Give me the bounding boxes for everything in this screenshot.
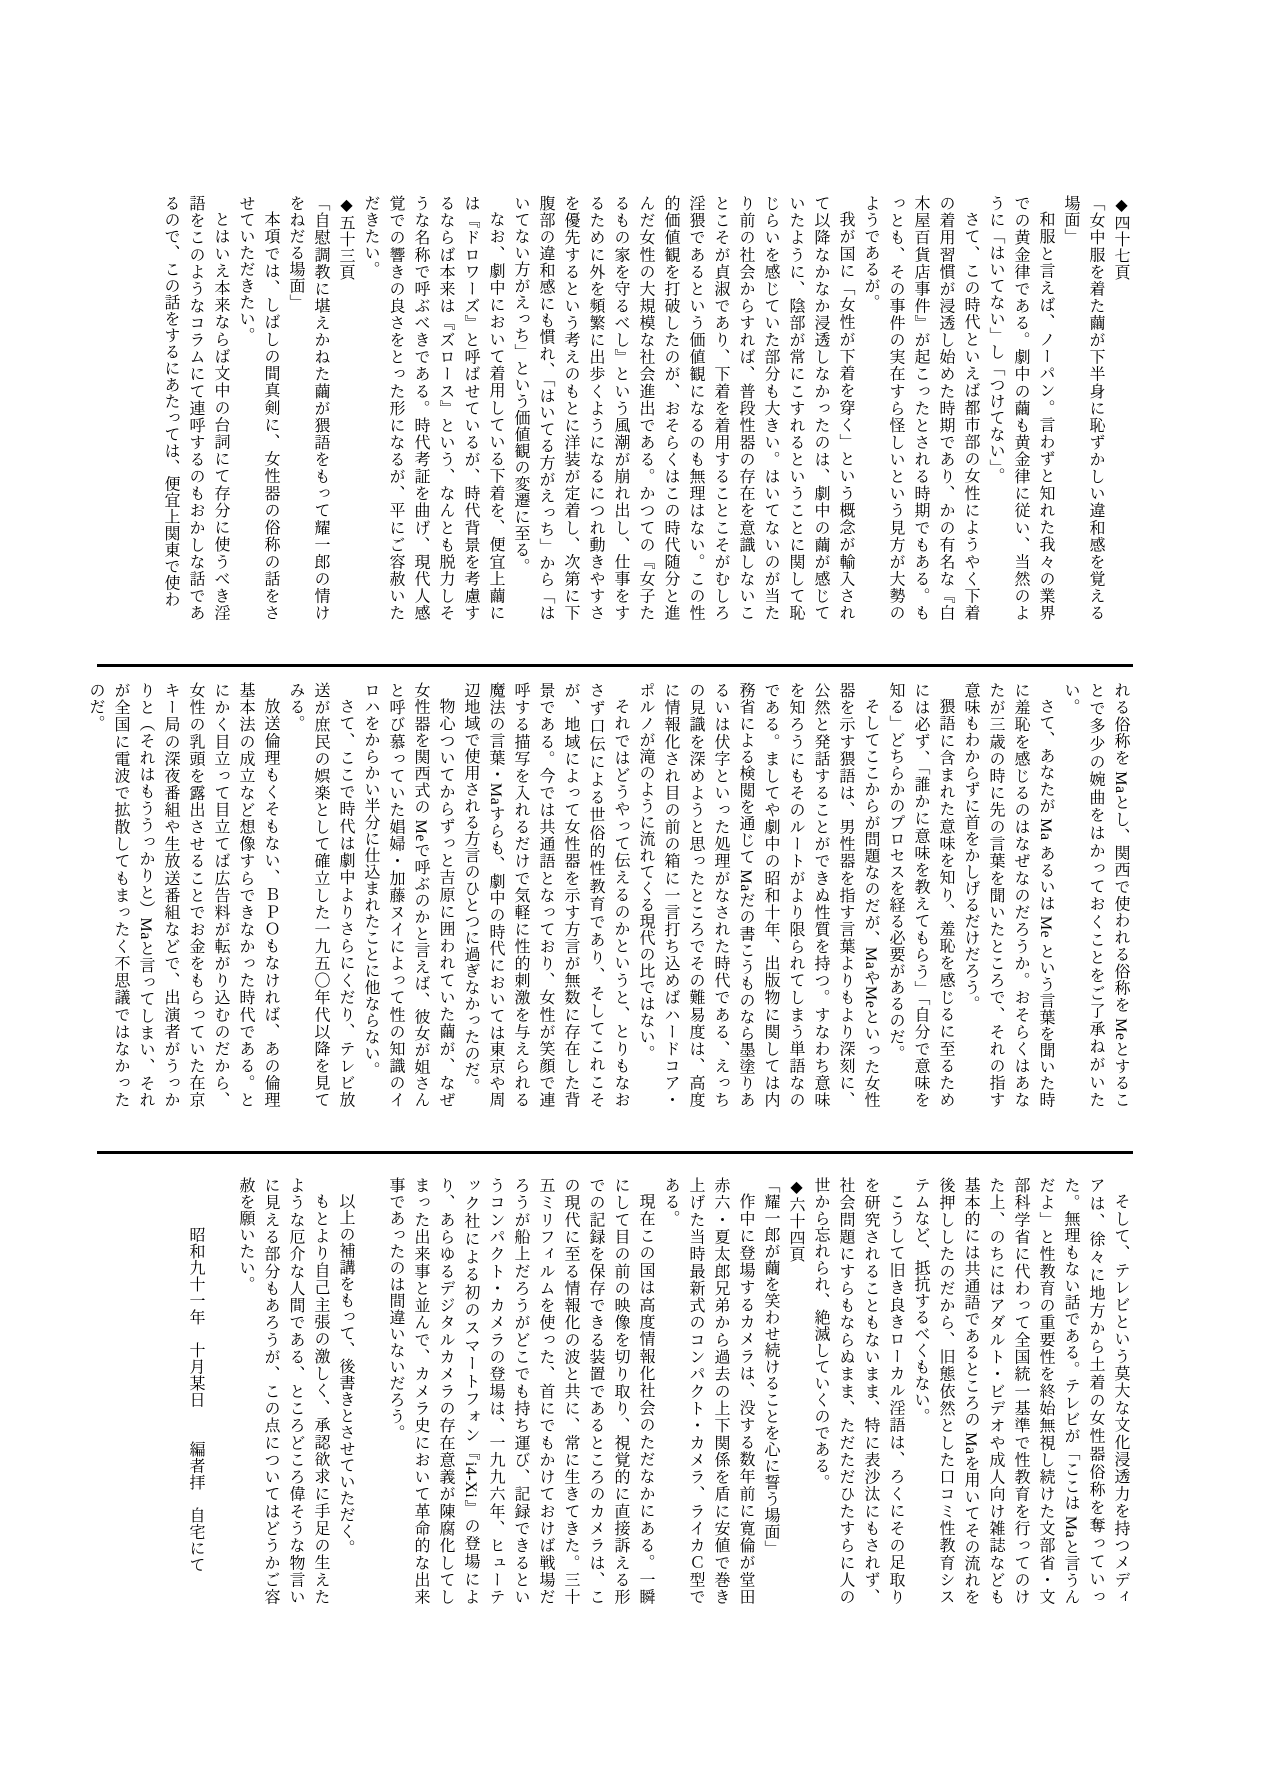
divider-rule [97,1151,1133,1154]
paragraph: さて、あなたが Ma あるいは Me という言葉を聞いた時に羞恥を感じるのはなぜ… [958,682,1058,1108]
paragraph: 現在この国は高度情報化社会のただなかにある。一瞬にして目の前の映像を切り取り、視… [383,1177,658,1605]
section-title-page47: 「女中服を着た繭が下半身に恥ずかしい違和感を覚える場面」 [1058,195,1108,621]
blank-line [208,1177,233,1605]
paragraph: もとより自己主張の激しく、承認欲求に手足の生えたような厄介な人間である、ところど… [233,1177,333,1605]
paragraph: 猥語に含まれた意味を知り、羞恥を感じるに至るためには必ず、「誰かに意味を教えても… [883,682,958,1108]
paragraph: 和服と言えば、ノーパン。言わずと知れた我々の業界での黄金律である。劇中の繭も黄金… [983,195,1058,621]
paragraph: そしてここからが問題なのだが、MaやMeといった女性器を示す猥語は、男性器を指す… [633,682,883,1108]
paragraph: 以上の補講をもって、後書きとさせていただく。 [333,1177,358,1605]
section-heading-page64: ◆六十四頁 [783,1177,808,1605]
text-row-top: ◆四十七頁 「女中服を着た繭が下半身に恥ずかしい違和感を覚える場面」 和服と言え… [97,195,1133,621]
paragraph: そして、テレビという莫大な文化浸透力を持つメディアは、徐々に地方から土着の女性器… [908,1177,1133,1605]
paragraph: 物心ついてからずっと吉原に囲われていた繭が、なぜ女性器を関西式の Meで呼ぶのか… [358,682,458,1108]
document-page: { "page": { "background_color": "#ffffff… [0,0,1280,1791]
colophon-date-signature: 昭和九十一年 十月某日 編者拝 自宅にて [183,1177,208,1605]
section-heading-page47: ◆四十七頁 [1108,195,1133,621]
paragraph: 本項では、しばしの間真剣に、女性器の俗称の話をさせていただきたい。 [233,195,283,621]
divider-rule [97,664,1133,667]
paragraph-continuation: れる俗称を Maとし、関西で使われる俗称を Meとすることで多少の婉曲をはかって… [1058,682,1133,1108]
section-heading-page53: ◆五十三頁 [333,195,358,621]
paragraph: こうして旧き良きローカル淫語は、ろくにその足取りを研究されることもないまま、特に… [808,1177,908,1605]
paragraph: 放送倫理もくそもない、ＢＰＯもなければ、あの倫理基本法の成立など想像すらできなか… [83,682,283,1108]
paragraph: それではどうやって伝えるのかというと、とりもなおさず口伝による世俗的性教育であり… [458,682,633,1108]
paragraph: さて、この時代といえば都市部の女性にようやく下着の着用習慣が浸透し始めた時期であ… [858,195,983,621]
paragraph: 作中に登場するカメラは、没する数年前に寛倫が堂田赤六・夏太郎兄弟から過去の上下関… [658,1177,758,1605]
paragraph: 我が国に「女性が下着を穿く」という概念が輸入されて以降なかなか浸透しなかったのは… [508,195,858,621]
text-row-bottom: そして、テレビという莫大な文化浸透力を持つメディアは、徐々に地方から土着の女性器… [97,1177,1133,1605]
text-row-middle: れる俗称を Maとし、関西で使われる俗称を Meとすることで多少の婉曲をはかって… [97,682,1133,1108]
paragraph: とはいえ本来ならば文中の台詞にて存分に使うべき淫語をこのようなコラムにて連呼する… [158,195,233,621]
paragraph: なお、劇中において着用している下着を、便宜上繭には『ドロワーズ』と呼ばせているが… [358,195,508,621]
blank-line [358,1177,383,1605]
paragraph: さて、ここで時代は劇中よりさらにくだり、テレビ放送が庶民の娯楽として確立した一九… [283,682,358,1108]
section-title-page53: 「自慰調教に堪えかねた繭が猥語をもって耀一郎の情けをねだる場面」 [283,195,333,621]
section-title-page64: 「耀一郎が繭を笑わせ続けることを心に誓う場面」 [758,1177,783,1605]
